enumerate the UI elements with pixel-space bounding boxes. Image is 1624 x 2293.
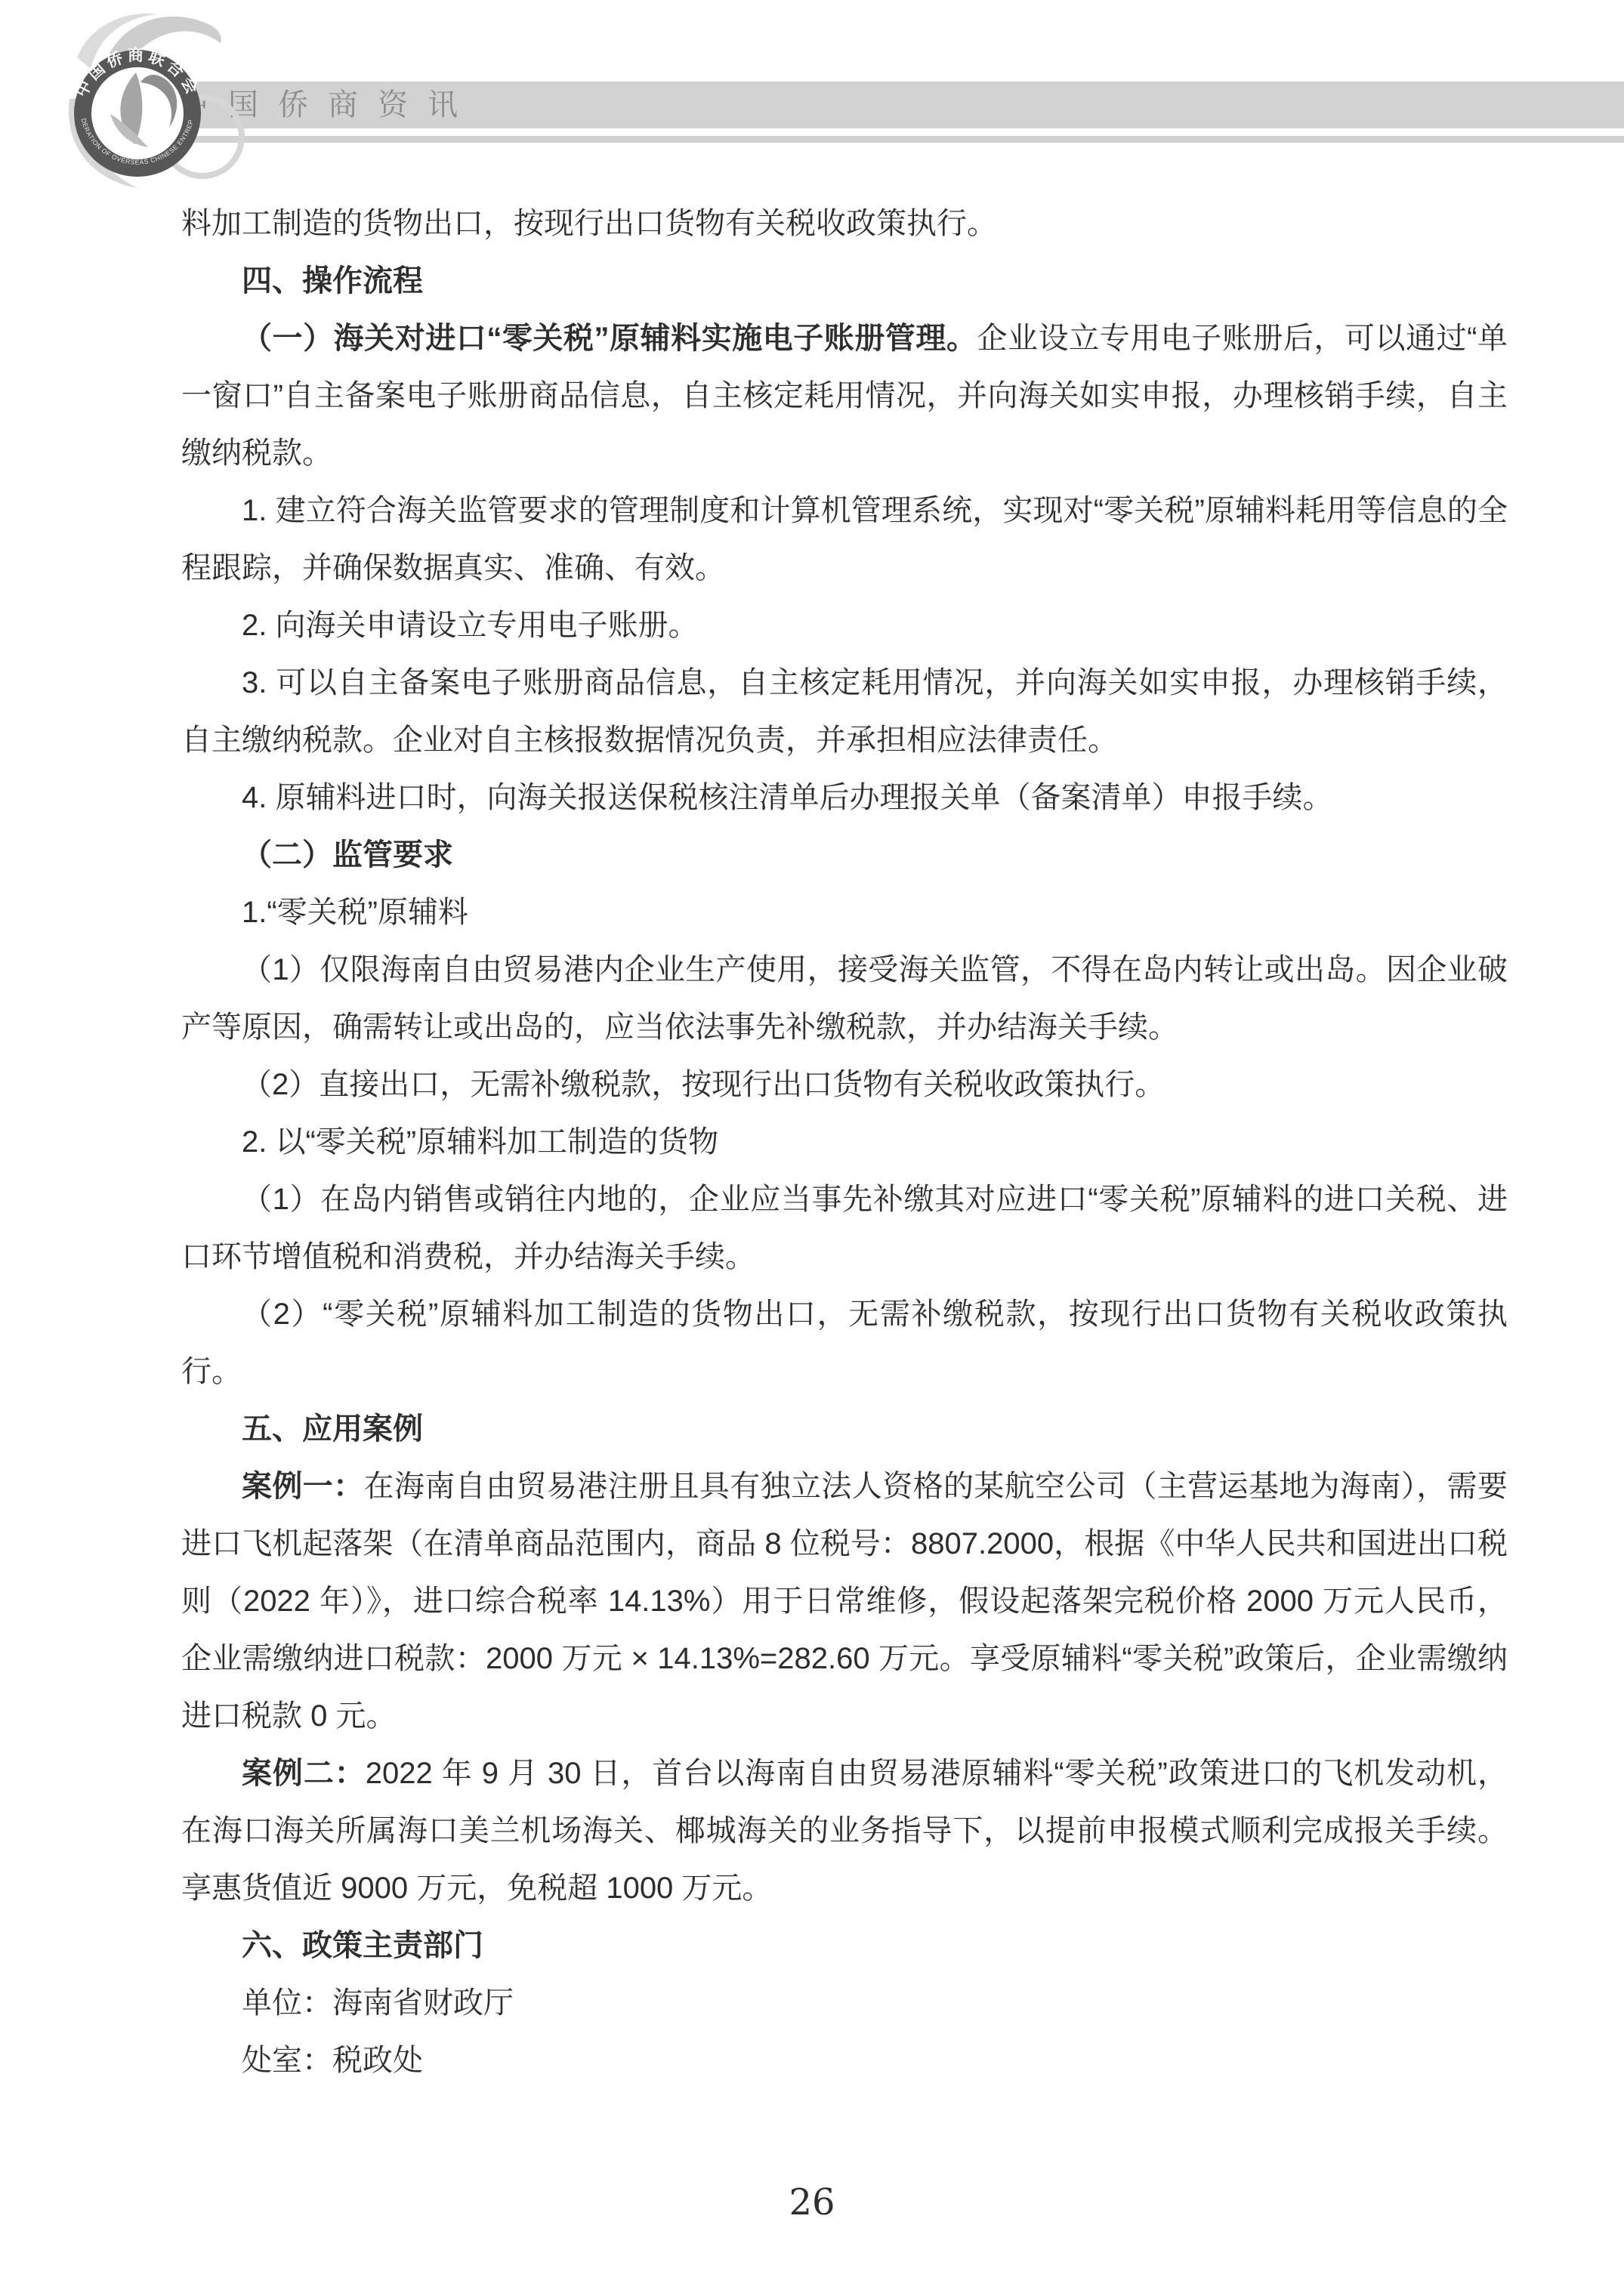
paragraph: 1.“零关税”原辅料: [181, 884, 1508, 941]
paragraph: 五、应用案例: [181, 1400, 1508, 1458]
masthead-underline-band: [113, 136, 1624, 143]
paragraph: 1. 建立符合海关监管要求的管理制度和计算机管理系统，实现对“零关税”原辅料耗用…: [181, 482, 1508, 597]
paragraph-lead: 案例一：: [242, 1470, 364, 1503]
paragraph: （1）在岛内销售或销往内地的，企业应当事先补缴其对应进口“零关税”原辅料的进口关…: [181, 1171, 1508, 1285]
page-number: 26: [0, 2181, 1624, 2224]
organization-logo-icon: 中国侨商联合会 CHINA FEDERATION OF OVERSEAS CHI…: [30, 0, 249, 190]
paragraph: 3. 可以自主备案电子账册商品信息，自主核定耗用情况，并向海关如实申报，办理核销…: [181, 654, 1508, 769]
paragraph: 案例二：2022 年 9 月 30 日，首台以海南自由贸易港原辅料“零关税”政策…: [181, 1745, 1508, 1917]
paragraph: （一）海关对进口“零关税”原辅料实施电子账册管理。企业设立专用电子账册后，可以通…: [181, 310, 1508, 482]
paragraph-lead: 案例二：: [242, 1757, 366, 1790]
paragraph: 六、政策主责部门: [181, 1917, 1508, 1974]
paragraph: 单位：海南省财政厅: [181, 1974, 1508, 2032]
document-body: 料加工制造的货物出口，按现行出口货物有关税收政策执行。四、操作流程（一）海关对进…: [181, 195, 1508, 2089]
paragraph: 处室：税政处: [181, 2032, 1508, 2089]
document-page: 中国侨商资讯 中国侨商联合会 CHINA FEDERATION OF OVERS…: [0, 0, 1624, 2293]
paragraph: 案例一：在海南自由贸易港注册且具有独立法人资格的某航空公司（主营运基地为海南），…: [181, 1458, 1508, 1745]
paragraph: （2）“零关税”原辅料加工制造的货物出口，无需补缴税款，按现行出口货物有关税收政…: [181, 1285, 1508, 1400]
paragraph: （1）仅限海南自由贸易港内企业生产使用，接受海关监管，不得在岛内转让或出岛。因企…: [181, 941, 1508, 1056]
paragraph: 四、操作流程: [181, 252, 1508, 310]
paragraph-lead: （一）海关对进口“零关税”原辅料实施电子账册管理。: [242, 322, 977, 355]
paragraph: 料加工制造的货物出口，按现行出口货物有关税收政策执行。: [181, 195, 1508, 252]
paragraph: 2. 向海关申请设立专用电子账册。: [181, 597, 1508, 654]
paragraph: （2）直接出口，无需补缴税款，按现行出口货物有关税收政策执行。: [181, 1056, 1508, 1113]
paragraph: （二）监管要求: [181, 826, 1508, 884]
paragraph: 2. 以“零关税”原辅料加工制造的货物: [181, 1113, 1508, 1171]
paragraph: 4. 原辅料进口时，向海关报送保税核注清单后办理报关单（备案清单）申报手续。: [181, 769, 1508, 826]
